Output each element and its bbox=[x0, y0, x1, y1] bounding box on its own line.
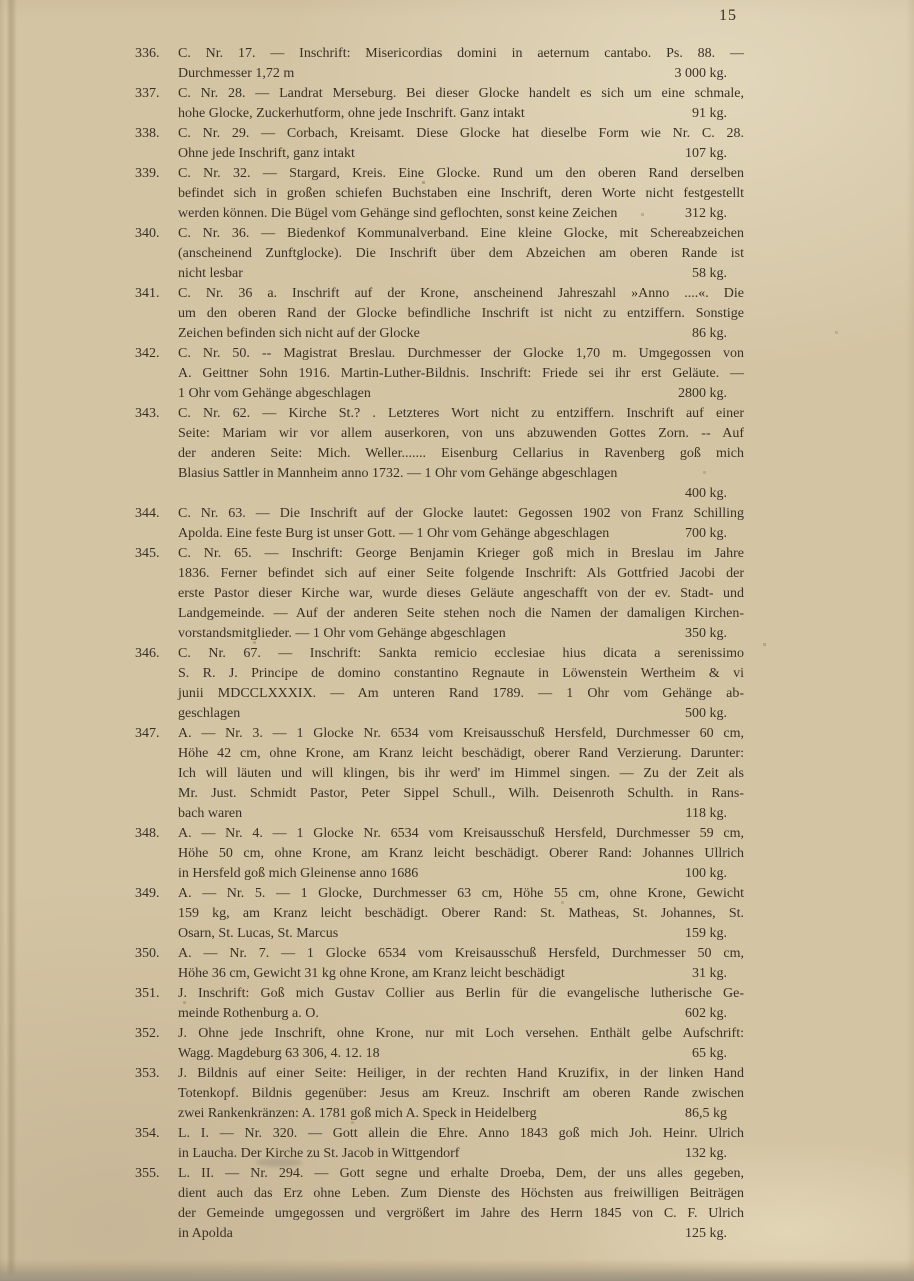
entry-weight: 125 kg. bbox=[685, 1224, 727, 1244]
entry-text: junii MDCCLXXXIX. — Am unteren Rand 1789… bbox=[178, 684, 744, 704]
entry-line: um den oberen Rand der Glocke befindlich… bbox=[135, 304, 744, 324]
entry-number: 349. bbox=[135, 884, 178, 904]
page-bottom-edge bbox=[0, 1259, 914, 1281]
entry-line: Ohne jede Inschrift, ganz intakt107 kg. bbox=[135, 144, 744, 164]
entry-weight: 86 kg. bbox=[692, 324, 727, 344]
entry-line: bach waren118 kg. bbox=[135, 804, 744, 824]
entry-text: bach waren bbox=[178, 804, 242, 824]
entry-line: (anscheinend Zunftglocke). Die Inschrift… bbox=[135, 244, 744, 264]
entry-text: C. Nr. 63. — Die Inschrift auf der Glock… bbox=[178, 504, 744, 524]
entry-weight: 58 kg. bbox=[692, 264, 727, 284]
entry-text: Landgemeinde. — Auf der anderen Seite st… bbox=[178, 604, 744, 624]
entry-text: C. Nr. 36. — Biedenkof Kommunalverband. … bbox=[178, 224, 744, 244]
catalogue-entry: 354.L. I. — Nr. 320. — Gott allein die E… bbox=[135, 1124, 744, 1164]
entry-line: junii MDCCLXXXIX. — Am unteren Rand 1789… bbox=[135, 684, 744, 704]
entry-number: 340. bbox=[135, 224, 178, 244]
entry-line: 159 kg, am Kranz leicht beschädigt. Ober… bbox=[135, 904, 744, 924]
entry-text: in Hersfeld goß mich Gleinense anno 1686 bbox=[178, 864, 418, 884]
entry-number: 351. bbox=[135, 984, 178, 1004]
catalogue-entry: 342.C. Nr. 50. -- Magistrat Breslau. Dur… bbox=[135, 344, 744, 404]
entry-line: 338.C. Nr. 29. — Corbach, Kreisamt. Dies… bbox=[135, 124, 744, 144]
entry-line: A. Geittner Sohn 1916. Martin-Luther-Bil… bbox=[135, 364, 744, 384]
entry-weight: 400 kg. bbox=[685, 484, 727, 504]
entry-text: A. — Nr. 7. — 1 Glocke 6534 vom Kreisaus… bbox=[178, 944, 744, 964]
entry-number: 339. bbox=[135, 164, 178, 184]
entries: 336.C. Nr. 17. — Inschrift: Misericordia… bbox=[135, 44, 744, 1244]
entry-text: in Laucha. Der Kirche zu St. Jacob in Wi… bbox=[178, 1144, 459, 1164]
entry-number: 350. bbox=[135, 944, 178, 964]
page-right-edge-shading bbox=[906, 0, 914, 1281]
entry-line: vorstandsmitglieder. — 1 Ohr vom Gehänge… bbox=[135, 624, 744, 644]
entry-text: A. Geittner Sohn 1916. Martin-Luther-Bil… bbox=[178, 364, 744, 384]
entry-text: Höhe 36 cm, Gewicht 31 kg ohne Krone, am… bbox=[178, 964, 565, 984]
entry-text: J. Bildnis auf einer Seite: Heiliger, in… bbox=[178, 1064, 744, 1084]
catalogue-entry: 349.A. — Nr. 5. — 1 Glocke, Durchmesser … bbox=[135, 884, 744, 944]
entry-number: 355. bbox=[135, 1164, 178, 1184]
entry-line: 400 kg. bbox=[135, 484, 744, 504]
page-number: 15 bbox=[719, 7, 737, 25]
entry-line: 354.L. I. — Nr. 320. — Gott allein die E… bbox=[135, 1124, 744, 1144]
entry-text: befindet sich in großen schiefen Buchsta… bbox=[178, 184, 744, 204]
entry-line: in Hersfeld goß mich Gleinense anno 1686… bbox=[135, 864, 744, 884]
entry-line: der Gemeinde umgegossen und vergrößert i… bbox=[135, 1204, 744, 1224]
entry-number: 337. bbox=[135, 84, 178, 104]
entry-text: der Gemeinde umgegossen und vergrößert i… bbox=[178, 1204, 744, 1224]
entry-weight: 3 000 kg. bbox=[675, 64, 728, 84]
entry-weight: 500 kg. bbox=[685, 704, 727, 724]
entry-number: 347. bbox=[135, 724, 178, 744]
entry-line: Höhe 36 cm, Gewicht 31 kg ohne Krone, am… bbox=[135, 964, 744, 984]
catalogue-entry: 338.C. Nr. 29. — Corbach, Kreisamt. Dies… bbox=[135, 124, 744, 164]
page-fold-crease bbox=[0, 0, 18, 1281]
entry-text: A. — Nr. 3. — 1 Glocke Nr. 6534 vom Krei… bbox=[178, 724, 744, 744]
entry-text: Ich will läuten und will klingen, bis ih… bbox=[178, 764, 744, 784]
entry-line: geschlagen500 kg. bbox=[135, 704, 744, 724]
entry-text: C. Nr. 65. — Inschrift: George Benjamin … bbox=[178, 544, 744, 564]
entry-text: C. Nr. 17. — Inschrift: Misericordias do… bbox=[178, 44, 744, 64]
entry-text: um den oberen Rand der Glocke befindlich… bbox=[178, 304, 744, 324]
entry-text: werden können. Die Bügel vom Gehänge sin… bbox=[178, 204, 617, 224]
entry-text: erste Pastor dieser Kirche war, wurde di… bbox=[178, 584, 744, 604]
entry-line: hohe Glocke, Zuckerhutform, ohne jede In… bbox=[135, 104, 744, 124]
entry-weight: 107 kg. bbox=[685, 144, 727, 164]
entry-text: in Apolda bbox=[178, 1224, 233, 1244]
entry-number: 345. bbox=[135, 544, 178, 564]
entry-line: dient auch das Erz ohne Leben. Zum Diens… bbox=[135, 1184, 744, 1204]
entry-line: 1836. Ferner befindet sich auf einer Sei… bbox=[135, 564, 744, 584]
entry-line: Ich will läuten und will klingen, bis ih… bbox=[135, 764, 744, 784]
entry-line: 349.A. — Nr. 5. — 1 Glocke, Durchmesser … bbox=[135, 884, 744, 904]
catalogue-entry: 351.J. Inschrift: Goß mich Gustav Collie… bbox=[135, 984, 744, 1024]
entry-line: S. R. J. Principe de domino constantino … bbox=[135, 664, 744, 684]
entry-text: L. II. — Nr. 294. — Gott segne und erhal… bbox=[178, 1164, 744, 1184]
entry-text: zwei Rankenkränzen: A. 1781 goß mich A. … bbox=[178, 1104, 537, 1124]
entry-number: 354. bbox=[135, 1124, 178, 1144]
catalogue-entry: 343.C. Nr. 62. — Kirche St.? . Letzteres… bbox=[135, 404, 744, 504]
entry-weight: 159 kg. bbox=[685, 924, 727, 944]
entry-line: 345.C. Nr. 65. — Inschrift: George Benja… bbox=[135, 544, 744, 564]
entry-number: 338. bbox=[135, 124, 178, 144]
entry-line: Zeichen befinden sich nicht auf der Gloc… bbox=[135, 324, 744, 344]
entry-text: 1836. Ferner befindet sich auf einer Sei… bbox=[178, 564, 744, 584]
entry-text: Seite: Mariam wir vor allem auserkoren, … bbox=[178, 424, 744, 444]
catalogue-entry: 350.A. — Nr. 7. — 1 Glocke 6534 vom Krei… bbox=[135, 944, 744, 984]
entry-line: 352.J. Ohne jede Inschrift, ohne Krone, … bbox=[135, 1024, 744, 1044]
entry-text: Wagg. Magdeburg 63 306, 4. 12. 18 bbox=[178, 1044, 380, 1064]
entry-text: L. I. — Nr. 320. — Gott allein die Ehre.… bbox=[178, 1124, 744, 1144]
entry-text: J. Inschrift: Goß mich Gustav Collier au… bbox=[178, 984, 744, 1004]
catalogue-entry: 346.C. Nr. 67. — Inschrift: Sankta remic… bbox=[135, 644, 744, 724]
entry-text: (anscheinend Zunftglocke). Die Inschrift… bbox=[178, 244, 744, 264]
entry-line: 343.C. Nr. 62. — Kirche St.? . Letzteres… bbox=[135, 404, 744, 424]
entry-line: 355.L. II. — Nr. 294. — Gott segne und e… bbox=[135, 1164, 744, 1184]
catalogue-entry: 340.C. Nr. 36. — Biedenkof Kommunalverba… bbox=[135, 224, 744, 284]
entry-text: A. — Nr. 4. — 1 Glocke Nr. 6534 vom Krei… bbox=[178, 824, 744, 844]
entry-weight: 91 kg. bbox=[692, 104, 727, 124]
entry-text: S. R. J. Principe de domino constantino … bbox=[178, 664, 744, 684]
entry-number: 341. bbox=[135, 284, 178, 304]
paper-speckles bbox=[0, 0, 1, 1]
catalogue-entry: 352.J. Ohne jede Inschrift, ohne Krone, … bbox=[135, 1024, 744, 1064]
entry-text: Osarn, St. Lucas, St. Marcus bbox=[178, 924, 338, 944]
catalogue-entry: 337.C. Nr. 28. — Landrat Merseburg. Bei … bbox=[135, 84, 744, 124]
entry-number: 346. bbox=[135, 644, 178, 664]
entry-weight: 100 kg. bbox=[685, 864, 727, 884]
entry-text: geschlagen bbox=[178, 704, 240, 724]
entry-line: 337.C. Nr. 28. — Landrat Merseburg. Bei … bbox=[135, 84, 744, 104]
entry-text: Blasius Sattler in Mannheim anno 1732. —… bbox=[178, 466, 617, 481]
entry-text: Ohne jede Inschrift, ganz intakt bbox=[178, 144, 355, 164]
entry-text: J. Ohne jede Inschrift, ohne Krone, nur … bbox=[178, 1024, 744, 1044]
scanned-book-page: { "page": { "number": "15", "paper_color… bbox=[0, 0, 914, 1281]
entry-text: C. Nr. 29. — Corbach, Kreisamt. Diese Gl… bbox=[178, 124, 744, 144]
entry-line: nicht lesbar58 kg. bbox=[135, 264, 744, 284]
entry-line: werden können. Die Bügel vom Gehänge sin… bbox=[135, 204, 744, 224]
entry-line: 344.C. Nr. 63. — Die Inschrift auf der G… bbox=[135, 504, 744, 524]
catalogue-entry: 347.A. — Nr. 3. — 1 Glocke Nr. 6534 vom … bbox=[135, 724, 744, 824]
entry-text: dient auch das Erz ohne Leben. Zum Diens… bbox=[178, 1184, 744, 1204]
entry-number: 343. bbox=[135, 404, 178, 424]
entry-text: Höhe 50 cm, ohne Krone, am Kranz leicht … bbox=[178, 844, 744, 864]
catalogue-entry: 339.C. Nr. 32. — Stargard, Kreis. Eine G… bbox=[135, 164, 744, 224]
entry-line: befindet sich in großen schiefen Buchsta… bbox=[135, 184, 744, 204]
entry-text: der anderen Seite: Mich. Weller....... E… bbox=[178, 444, 744, 464]
entry-number: 348. bbox=[135, 824, 178, 844]
entry-weight: 118 kg. bbox=[686, 804, 727, 824]
entry-text: hohe Glocke, Zuckerhutform, ohne jede In… bbox=[178, 104, 525, 124]
entry-text: nicht lesbar bbox=[178, 264, 243, 284]
catalogue-entry: 344.C. Nr. 63. — Die Inschrift auf der G… bbox=[135, 504, 744, 544]
entry-line: erste Pastor dieser Kirche war, wurde di… bbox=[135, 584, 744, 604]
entry-text: C. Nr. 36 a. Inschrift auf der Krone, an… bbox=[178, 284, 744, 304]
entry-line: meinde Rothenburg a. O.602 kg. bbox=[135, 1004, 744, 1024]
entry-line: Wagg. Magdeburg 63 306, 4. 12. 1865 kg. bbox=[135, 1044, 744, 1064]
entry-text: C. Nr. 67. — Inschrift: Sankta remicio e… bbox=[178, 644, 744, 664]
entry-text: Durchmesser 1,72 m bbox=[178, 64, 294, 84]
entry-line: Seite: Mariam wir vor allem auserkoren, … bbox=[135, 424, 744, 444]
entry-number: 336. bbox=[135, 44, 178, 64]
entry-line: in Apolda125 kg. bbox=[135, 1224, 744, 1244]
entry-line: Höhe 50 cm, ohne Krone, am Kranz leicht … bbox=[135, 844, 744, 864]
entry-weight: 2800 kg. bbox=[678, 384, 727, 404]
catalogue-entry: 336.C. Nr. 17. — Inschrift: Misericordia… bbox=[135, 44, 744, 84]
entry-line: in Laucha. Der Kirche zu St. Jacob in Wi… bbox=[135, 1144, 744, 1164]
entry-text: Apolda. Eine feste Burg ist unser Gott. … bbox=[178, 524, 609, 544]
entry-weight: 602 kg. bbox=[685, 1004, 727, 1024]
entry-line: 336.C. Nr. 17. — Inschrift: Misericordia… bbox=[135, 44, 744, 64]
entry-text: Totenkopf. Bildnis gegenüber: Jesus am K… bbox=[178, 1084, 744, 1104]
entry-weight: 350 kg. bbox=[685, 624, 727, 644]
entry-line: der anderen Seite: Mich. Weller....... E… bbox=[135, 444, 744, 464]
entry-line: zwei Rankenkränzen: A. 1781 goß mich A. … bbox=[135, 1104, 744, 1124]
catalogue-entry: 341.C. Nr. 36 a. Inschrift auf der Krone… bbox=[135, 284, 744, 344]
entry-text: Zeichen befinden sich nicht auf der Gloc… bbox=[178, 324, 420, 344]
entry-line: 340.C. Nr. 36. — Biedenkof Kommunalverba… bbox=[135, 224, 744, 244]
entry-line: 346.C. Nr. 67. — Inschrift: Sankta remic… bbox=[135, 644, 744, 664]
entry-weight: 312 kg. bbox=[685, 204, 727, 224]
entry-line: 341.C. Nr. 36 a. Inschrift auf der Krone… bbox=[135, 284, 744, 304]
entry-line: Durchmesser 1,72 m3 000 kg. bbox=[135, 64, 744, 84]
entry-line: Höhe 42 cm, ohne Krone, am Kranz leicht … bbox=[135, 744, 744, 764]
entry-text: vorstandsmitglieder. — 1 Ohr vom Gehänge… bbox=[178, 624, 506, 644]
entry-number: 344. bbox=[135, 504, 178, 524]
entry-line: 353.J. Bildnis auf einer Seite: Heiliger… bbox=[135, 1064, 744, 1084]
entry-line: Totenkopf. Bildnis gegenüber: Jesus am K… bbox=[135, 1084, 744, 1104]
entry-text: 159 kg, am Kranz leicht beschädigt. Ober… bbox=[178, 904, 744, 924]
entry-weight: 65 kg. bbox=[692, 1044, 727, 1064]
catalogue-entry: 355.L. II. — Nr. 294. — Gott segne und e… bbox=[135, 1164, 744, 1244]
entry-weight: 700 kg. bbox=[685, 524, 727, 544]
catalogue-entry: 348.A. — Nr. 4. — 1 Glocke Nr. 6534 vom … bbox=[135, 824, 744, 884]
entry-weight: 31 kg. bbox=[692, 964, 727, 984]
entry-line: 348.A. — Nr. 4. — 1 Glocke Nr. 6534 vom … bbox=[135, 824, 744, 844]
entry-line: Apolda. Eine feste Burg ist unser Gott. … bbox=[135, 524, 744, 544]
entry-line: 350.A. — Nr. 7. — 1 Glocke 6534 vom Krei… bbox=[135, 944, 744, 964]
catalogue-entry: 345.C. Nr. 65. — Inschrift: George Benja… bbox=[135, 544, 744, 644]
entry-line: 342.C. Nr. 50. -- Magistrat Breslau. Dur… bbox=[135, 344, 744, 364]
entry-line: 339.C. Nr. 32. — Stargard, Kreis. Eine G… bbox=[135, 164, 744, 184]
entry-line: Osarn, St. Lucas, St. Marcus159 kg. bbox=[135, 924, 744, 944]
entry-text: C. Nr. 28. — Landrat Merseburg. Bei dies… bbox=[178, 84, 744, 104]
catalogue-entry: 353.J. Bildnis auf einer Seite: Heiliger… bbox=[135, 1064, 744, 1124]
entry-number: 352. bbox=[135, 1024, 178, 1044]
entry-line: Mr. Just. Schmidt Pastor, Peter Sippel S… bbox=[135, 784, 744, 804]
entry-number: 353. bbox=[135, 1064, 178, 1084]
entry-weight: 86,5 kg bbox=[685, 1104, 727, 1124]
entry-line: 1 Ohr vom Gehänge abgeschlagen2800 kg. bbox=[135, 384, 744, 404]
entry-text: Höhe 42 cm, ohne Krone, am Kranz leicht … bbox=[178, 744, 744, 764]
entry-text: A. — Nr. 5. — 1 Glocke, Durchmesser 63 c… bbox=[178, 884, 744, 904]
entry-text: 1 Ohr vom Gehänge abgeschlagen bbox=[178, 384, 371, 404]
entry-line: Landgemeinde. — Auf der anderen Seite st… bbox=[135, 604, 744, 624]
entry-line: 347.A. — Nr. 3. — 1 Glocke Nr. 6534 vom … bbox=[135, 724, 744, 744]
entry-text: C. Nr. 32. — Stargard, Kreis. Eine Glock… bbox=[178, 164, 744, 184]
entry-number: 342. bbox=[135, 344, 178, 364]
entry-line: Blasius Sattler in Mannheim anno 1732. —… bbox=[135, 464, 744, 484]
entry-weight: 132 kg. bbox=[685, 1144, 727, 1164]
entry-text: meinde Rothenburg a. O. bbox=[178, 1004, 319, 1024]
entry-text: C. Nr. 50. -- Magistrat Breslau. Durchme… bbox=[178, 344, 744, 364]
entry-text: Mr. Just. Schmidt Pastor, Peter Sippel S… bbox=[178, 784, 744, 804]
entry-text: C. Nr. 62. — Kirche St.? . Letzteres Wor… bbox=[178, 404, 744, 424]
entry-line: 351.J. Inschrift: Goß mich Gustav Collie… bbox=[135, 984, 744, 1004]
